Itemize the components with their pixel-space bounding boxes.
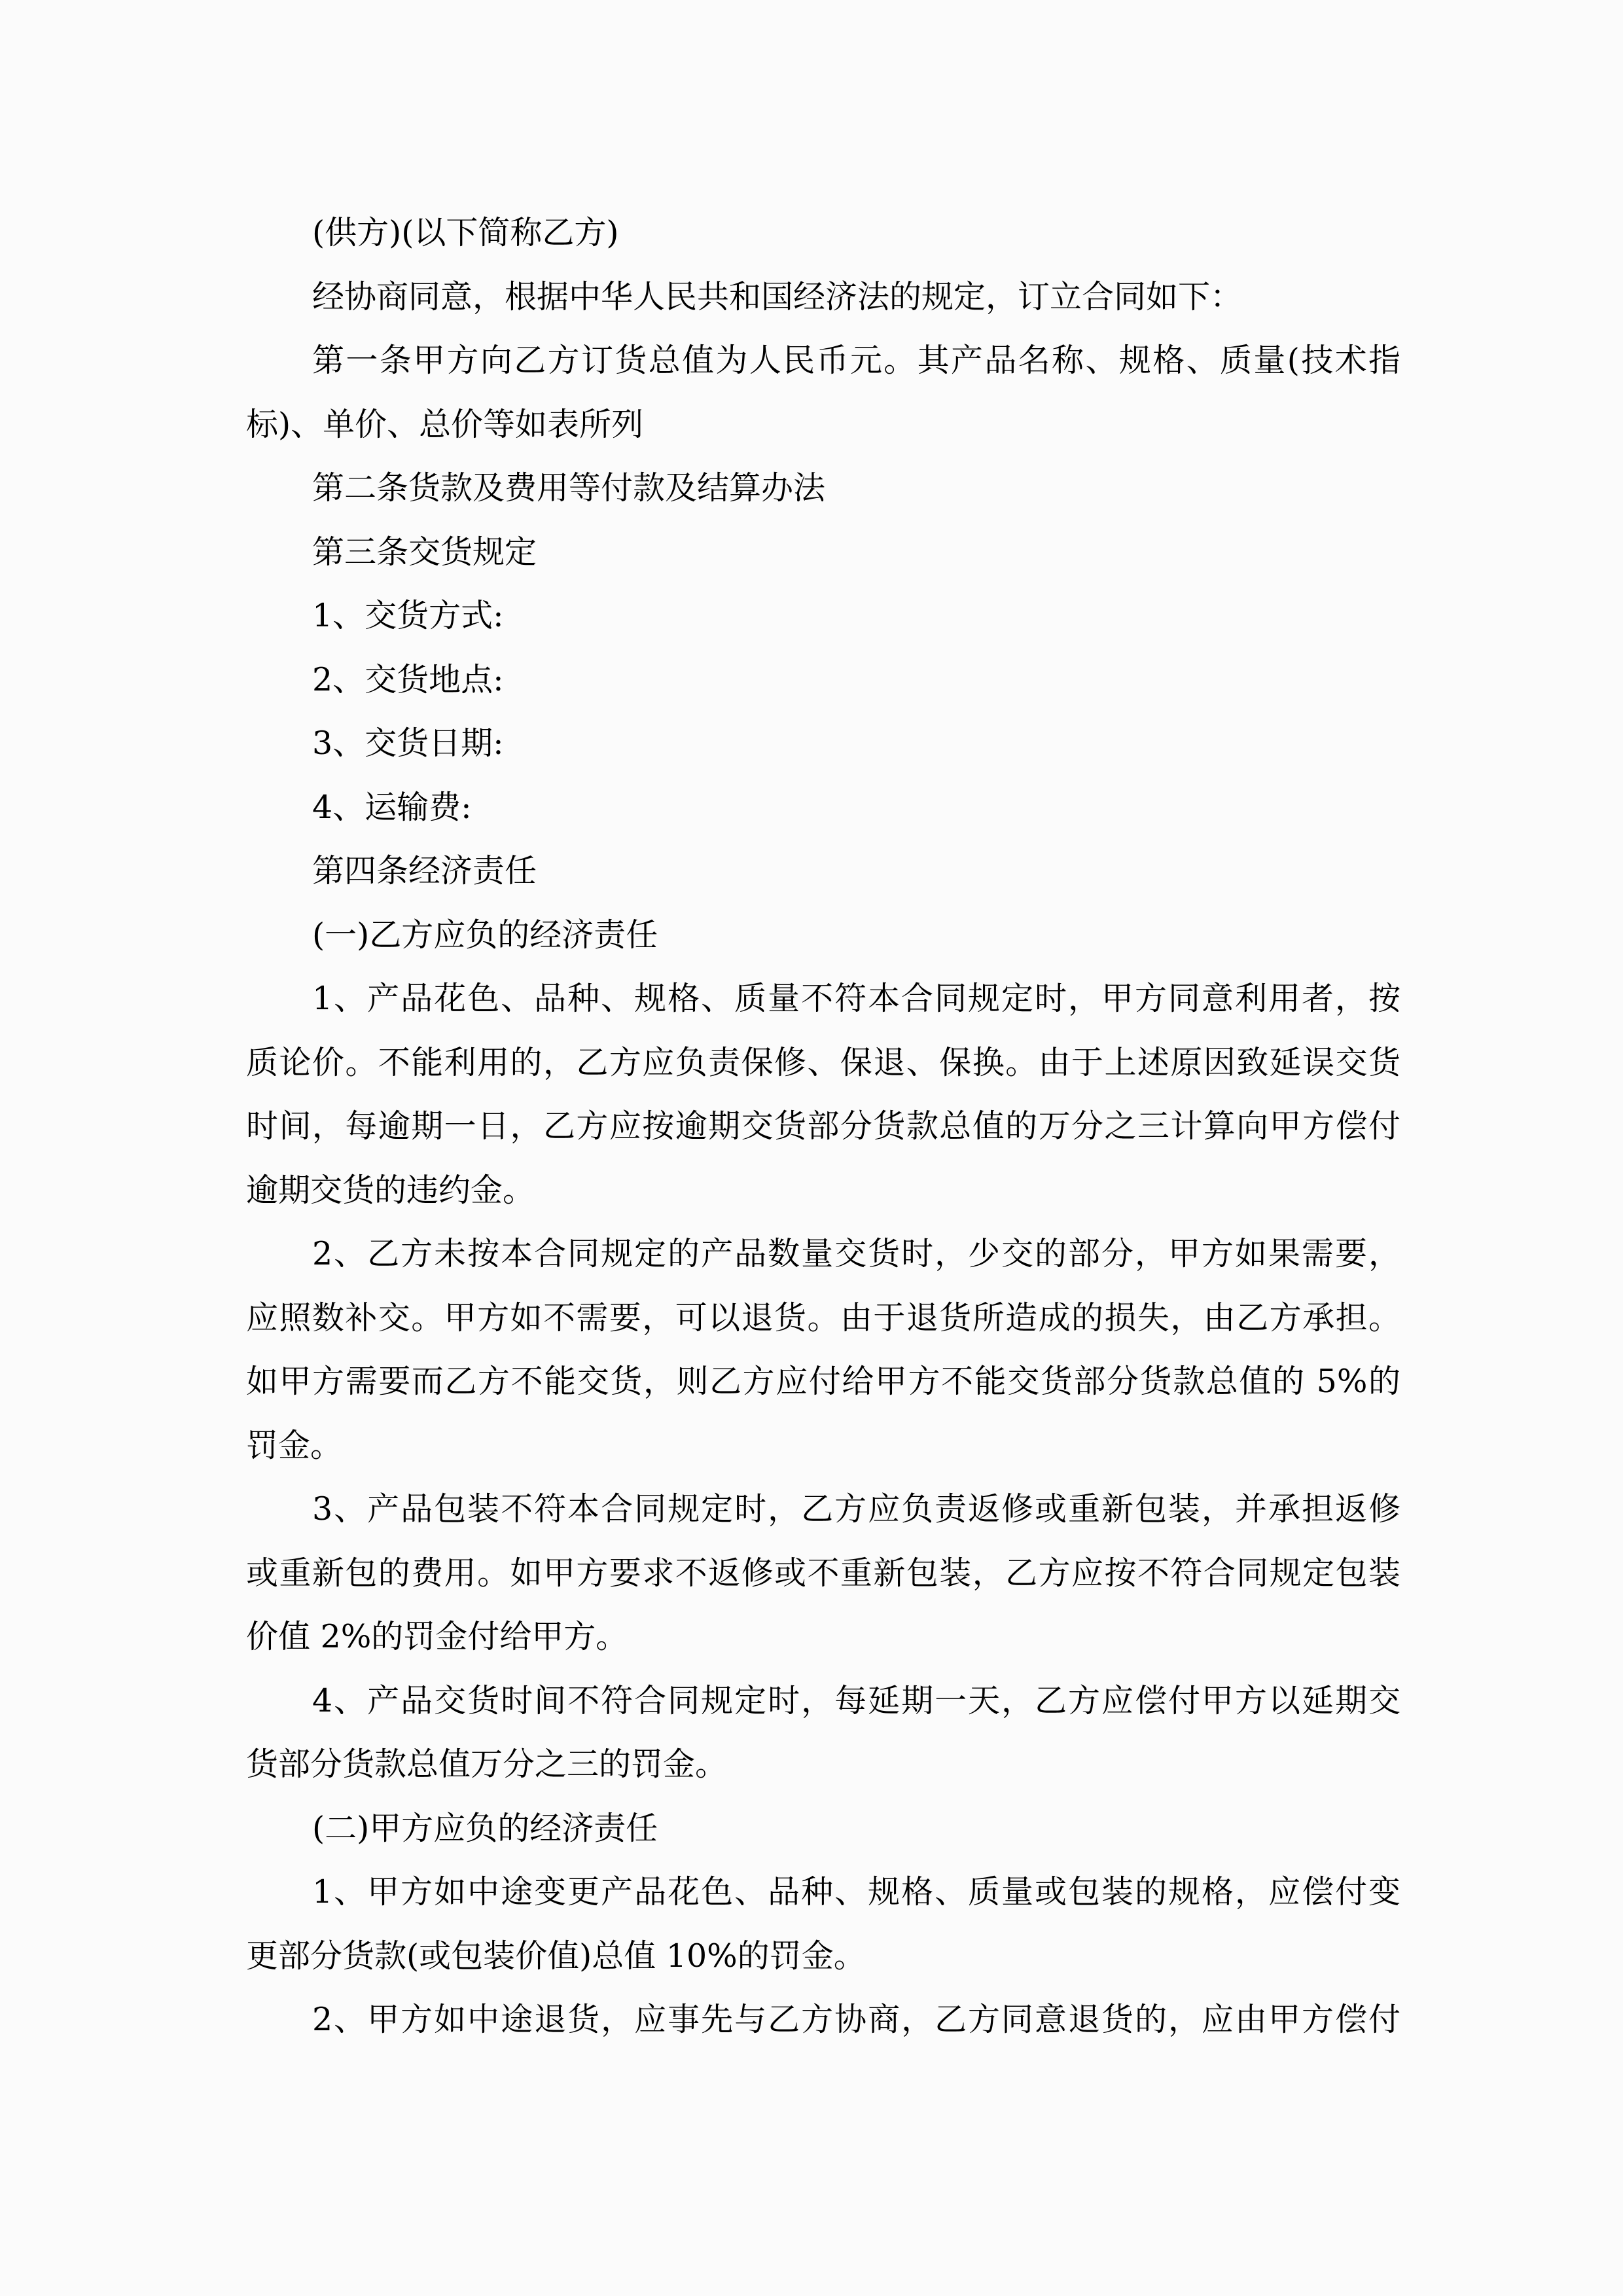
- text-line: 1、交货方式:: [246, 584, 1400, 648]
- text-line: 如甲方需要而乙方不能交货，则乙方应付给甲方不能交货部分货款总值的 5%的: [246, 1350, 1400, 1414]
- text-line: 2、甲方如中途退货，应事先与乙方协商，乙方同意退货的，应由甲方偿付: [246, 1988, 1400, 2052]
- text-line: 第三条交货规定: [246, 520, 1400, 584]
- text-line: 第四条经济责任: [246, 839, 1400, 903]
- text-line: (供方)(以下简称乙方): [246, 201, 1400, 265]
- text-line: 标)、单价、总价等如表所列: [246, 393, 1400, 457]
- text-line: 质论价。不能利用的，乙方应负责保修、保退、保换。由于上述原因致延误交货: [246, 1031, 1400, 1095]
- text-line: 3、产品包装不符本合同规定时，乙方应负责返修或重新包装，并承担返修: [246, 1477, 1400, 1541]
- text-line: (一)乙方应负的经济责任: [246, 903, 1400, 967]
- text-line: 或重新包的费用。如甲方要求不返修或不重新包装，乙方应按不符合同规定包装: [246, 1541, 1400, 1605]
- text-line: 时间，每逾期一日，乙方应按逾期交货部分货款总值的万分之三计算向甲方偿付: [246, 1094, 1400, 1158]
- text-line: 3、交货日期:: [246, 711, 1400, 776]
- text-line: 更部分货款(或包装价值)总值 10%的罚金。: [246, 1924, 1400, 1988]
- document-page: (供方)(以下简称乙方)经协商同意，根据中华人民共和国经济法的规定，订立合同如下…: [0, 0, 1623, 2296]
- text-line: 应照数补交。甲方如不需要，可以退货。由于退货所造成的损失，由乙方承担。: [246, 1286, 1400, 1350]
- text-line: 2、乙方未按本合同规定的产品数量交货时，少交的部分，甲方如果需要，: [246, 1222, 1400, 1286]
- text-line: 第一条甲方向乙方订货总值为人民币元。其产品名称、规格、质量(技术指: [246, 329, 1400, 393]
- text-line: (二)甲方应负的经济责任: [246, 1797, 1400, 1861]
- contract-text-block: (供方)(以下简称乙方)经协商同意，根据中华人民共和国经济法的规定，订立合同如下…: [246, 201, 1400, 2052]
- text-line: 2、交货地点:: [246, 648, 1400, 712]
- text-line: 4、运输费:: [246, 776, 1400, 840]
- text-line: 罚金。: [246, 1414, 1400, 1478]
- text-line: 4、产品交货时间不符合同规定时，每延期一天，乙方应偿付甲方以延期交: [246, 1669, 1400, 1733]
- text-line: 价值 2%的罚金付给甲方。: [246, 1605, 1400, 1669]
- text-line: 1、甲方如中途变更产品花色、品种、规格、质量或包装的规格，应偿付变: [246, 1860, 1400, 1924]
- text-line: 经协商同意，根据中华人民共和国经济法的规定，订立合同如下：: [246, 265, 1400, 329]
- text-line: 逾期交货的违约金。: [246, 1158, 1400, 1223]
- text-line: 1、产品花色、品种、规格、质量不符本合同规定时，甲方同意利用者，按: [246, 967, 1400, 1031]
- text-line: 第二条货款及费用等付款及结算办法: [246, 456, 1400, 520]
- text-line: 货部分货款总值万分之三的罚金。: [246, 1732, 1400, 1797]
